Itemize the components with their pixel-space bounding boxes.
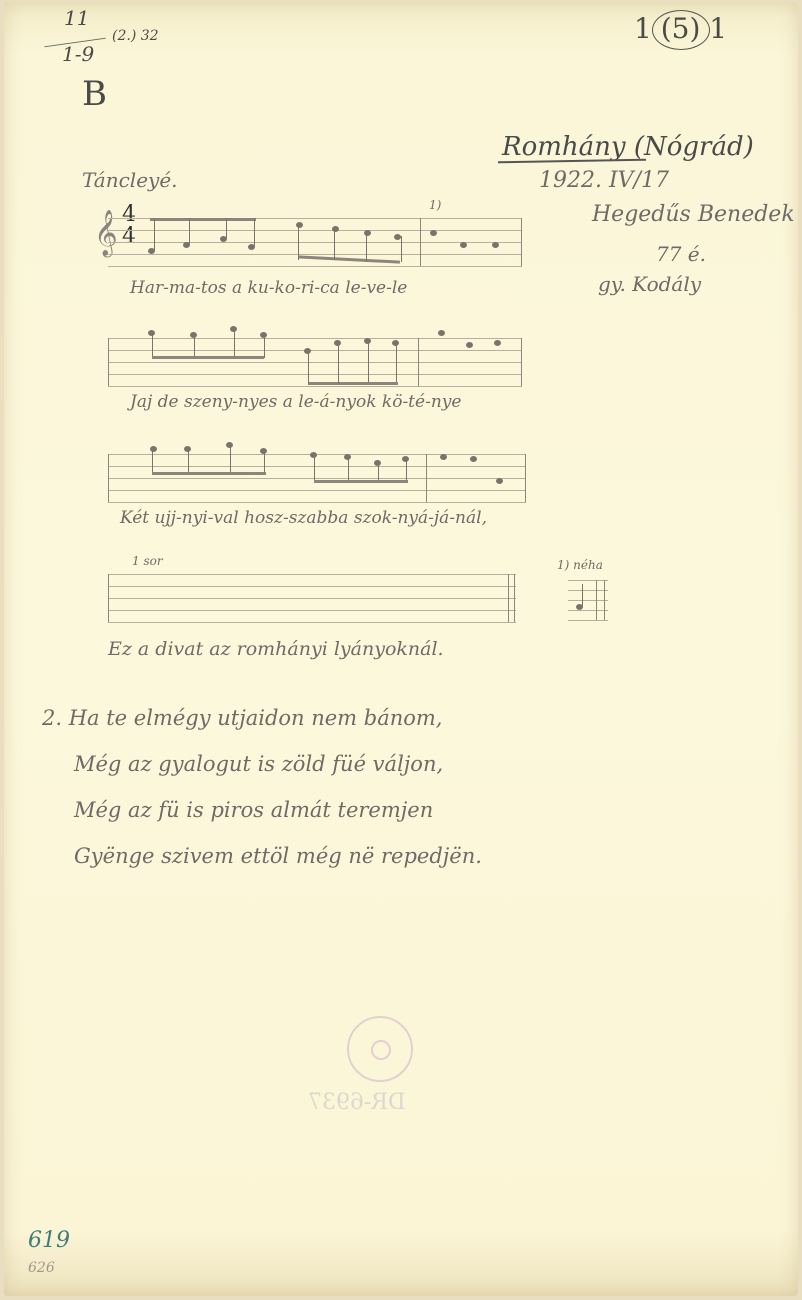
verse-line-2: Még az gyalogut is zöld füé váljon, bbox=[74, 752, 443, 776]
footnote-mini-staff bbox=[568, 580, 608, 620]
tempo-marking: 1 sor bbox=[132, 554, 163, 568]
verse-line-4: Gyënge szivem ettöl még në repedjën. bbox=[74, 844, 482, 868]
verse-line-1: 2. Ha te elmégy utjaidon nem bánom, bbox=[42, 706, 443, 730]
page-number-circle bbox=[652, 10, 710, 50]
lyrics-system-3: Két ujj-nyi-val hosz-szabba szok-nyá-já-… bbox=[120, 508, 487, 528]
staff-system-1 bbox=[108, 218, 522, 266]
manuscript-page: 11 1-9 (2.) 32 B 1 (5) 1 Romhány (Nógrád… bbox=[4, 2, 798, 1296]
location: Romhány (Nógrád) bbox=[502, 132, 754, 162]
performer-age: 77 é. bbox=[656, 242, 706, 266]
verse-line-3: Még az fü is piros almát teremjen bbox=[74, 798, 433, 822]
song-heading: Táncleyé. bbox=[82, 168, 178, 192]
footnote-text: 1) néha bbox=[557, 558, 603, 572]
collector: gy. Kodály bbox=[598, 272, 701, 296]
staff-system-3 bbox=[108, 454, 526, 502]
library-stamp-icon bbox=[347, 1016, 413, 1082]
footnote-marker: 1) bbox=[429, 198, 441, 212]
lyrics-system-4: Ez a divat az romhányi lyányoknál. bbox=[108, 638, 444, 660]
series-letter: B bbox=[82, 74, 107, 114]
lyrics-system-1: Har-ma-tos a ku-ko-ri-ca le-ve-le bbox=[130, 278, 407, 298]
catalog-numerator: 11 bbox=[64, 6, 89, 30]
lyrics-system-2: Jaj de szeny-nyes a le-á-nyok kö-té-nye bbox=[130, 392, 461, 412]
staff-system-4 bbox=[108, 574, 516, 622]
catalog-superscript: (2.) 32 bbox=[112, 28, 159, 44]
performer: Hegedűs Benedek bbox=[592, 202, 795, 227]
archive-number-secondary: 626 bbox=[28, 1260, 55, 1276]
date: 1922. IV/17 bbox=[539, 168, 669, 193]
shelfmark: DR-6937 bbox=[308, 1090, 406, 1115]
catalog-denominator: 1-9 bbox=[62, 42, 94, 66]
staff-system-2 bbox=[108, 338, 522, 386]
archive-number-primary: 619 bbox=[28, 1228, 70, 1253]
